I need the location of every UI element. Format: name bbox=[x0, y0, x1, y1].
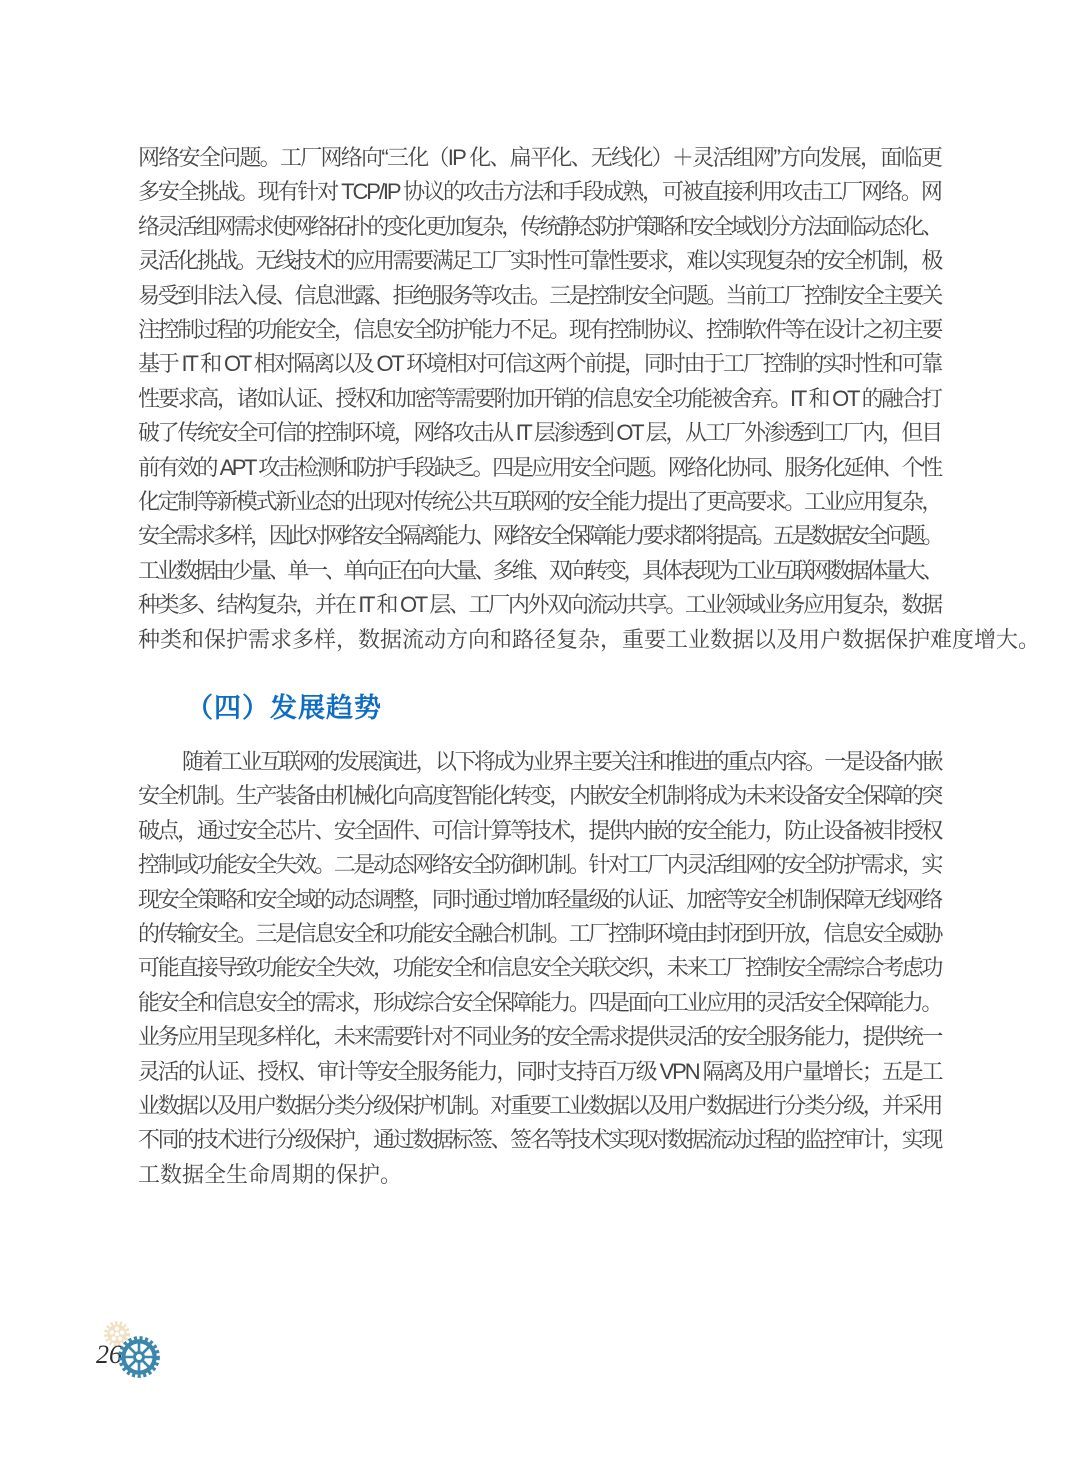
paragraph-security-issues: 网络安全问题。工厂网络向“三化（IP 化、扁平化、无线化）＋灵活组网”方向发展，… bbox=[138, 141, 941, 657]
text-line: 络灵活组网需求使网络拓扑的变化更加复杂，传统静态防护策略和安全域划分方法面临动态… bbox=[138, 210, 941, 244]
section-heading: （四）发展趋势 bbox=[186, 691, 382, 725]
text-line: 网络安全问题。工厂网络向“三化（IP 化、扁平化、无线化）＋灵活组网”方向发展，… bbox=[138, 141, 941, 175]
text-line: 易受到非法入侵、信息泄露、拒绝服务等攻击。三是控制安全问题。当前工厂控制安全主要… bbox=[138, 279, 941, 313]
text-line: 化定制等新模式新业态的出现对传统公共互联网的安全能力提出了更高要求。工业应用复杂… bbox=[138, 485, 941, 519]
paragraph-development-trends: 随着工业互联网的发展演进，以下将成为业界主要关注和推进的重点内容。一是设备内嵌安… bbox=[138, 745, 941, 1192]
text-line: 灵活化挑战。无线技术的应用需要满足工厂实时性可靠性要求，难以实现复杂的安全机制，… bbox=[138, 244, 941, 278]
text-line: 工数据全生命周期的保护。 bbox=[138, 1158, 941, 1192]
text-line: 前有效的 APT 攻击检测和防护手段缺乏。四是应用安全问题。网络化协同、服务化延… bbox=[138, 451, 941, 485]
text-line: 现安全策略和安全域的动态调整，同时通过增加轻量级的认证、加密等安全机制保障无线网… bbox=[138, 883, 941, 917]
text-line: 安全机制。生产装备由机械化向高度智能化转变，内嵌安全机制将成为未来设备安全保障的… bbox=[138, 779, 941, 813]
text-line: 破点，通过安全芯片、安全固件、可信计算等技术，提供内嵌的安全能力，防止设备被非授… bbox=[138, 814, 941, 848]
text-line: 注控制过程的功能安全，信息安全防护能力不足。现有控制协议、控制软件等在设计之初主… bbox=[138, 313, 941, 347]
document-page: 网络安全问题。工厂网络向“三化（IP 化、扁平化、无线化）＋灵活组网”方向发展，… bbox=[0, 0, 1080, 1466]
text-line: 可能直接导致功能安全失效，功能安全和信息安全关联交织，未来工厂控制安全需综合考虑… bbox=[138, 951, 941, 985]
large-gear-icon bbox=[117, 1335, 161, 1379]
text-line: 业务应用呈现多样化，未来需要针对不同业务的安全需求提供灵活的安全服务能力，提供统… bbox=[138, 1020, 941, 1054]
text-line: 种类多、结构复杂，并在 IT 和 OT 层、工厂内外双向流动共享。工业领域业务应… bbox=[138, 588, 941, 622]
text-line: 不同的技术进行分级保护，通过数据标签、签名等技术实现对数据流动过程的监控审计，实… bbox=[138, 1123, 941, 1157]
text-line: 破了传统安全可信的控制环境，网络攻击从 IT 层渗透到 OT 层，从工厂外渗透到… bbox=[138, 416, 941, 450]
text-line: 多安全挑战。现有针对 TCP/IP 协议的攻击方法和手段成熟，可被直接利用攻击工… bbox=[138, 175, 941, 209]
text-line: 工业数据由少量、单一、单向正在向大量、多维、双向转变，具体表现为工业互联网数据体… bbox=[138, 554, 941, 588]
text-line: 性要求高，诸如认证、授权和加密等需要附加开销的信息安全功能被舍弃。IT 和 OT… bbox=[138, 382, 941, 416]
text-line: 种类和保护需求多样，数据流动方向和路径复杂，重要工业数据以及用户数据保护难度增大… bbox=[138, 623, 941, 657]
text-line: 安全需求多样，因此对网络安全隔离能力、网络安全保障能力要求都将提高。五是数据安全… bbox=[138, 519, 941, 553]
text-line: 灵活的认证、授权、审计等安全服务能力，同时支持百万级 VPN 隔离及用户量增长；… bbox=[138, 1055, 941, 1089]
text-line: 随着工业互联网的发展演进，以下将成为业界主要关注和推进的重点内容。一是设备内嵌 bbox=[138, 745, 941, 779]
text-line: 控制或功能安全失效。二是动态网络安全防御机制。针对工厂内灵活组网的安全防护需求，… bbox=[138, 848, 941, 882]
page-footer: 26 bbox=[96, 1318, 168, 1382]
text-line: 能安全和信息安全的需求，形成综合安全保障能力。四是面向工业应用的灵活安全保障能力… bbox=[138, 986, 941, 1020]
text-line: 基于 IT 和 OT 相对隔离以及 OT 环境相对可信这两个前提，同时由于工厂控… bbox=[138, 347, 941, 381]
text-line: 业数据以及用户数据分类分级保护机制。对重要工业数据以及用户数据进行分类分级，并采… bbox=[138, 1089, 941, 1123]
text-line: 的传输安全。三是信息安全和功能安全融合机制。工厂控制环境由封闭到开放，信息安全威… bbox=[138, 917, 941, 951]
